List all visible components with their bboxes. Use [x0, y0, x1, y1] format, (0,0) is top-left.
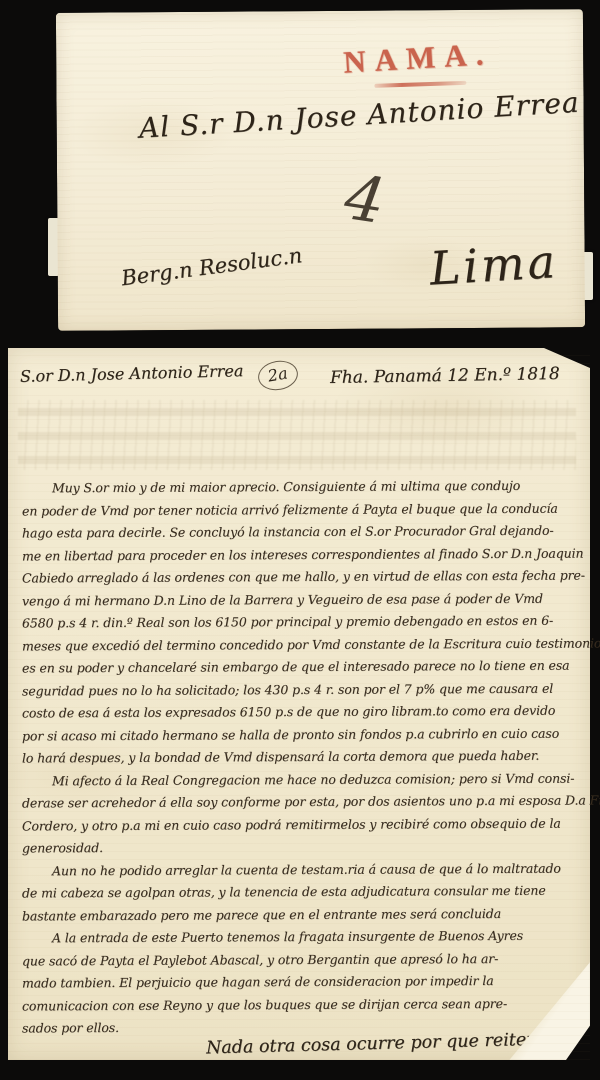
letter-line: que sacó de Payta el Paylebot Abascal, y… [22, 947, 582, 972]
panama-postmark: NAMA. [342, 36, 493, 81]
letter-line: Cordero, y otro p.a mi en cuio caso podr… [22, 812, 582, 837]
letter-line: A la entrada de este Puerto tenemos la f… [22, 925, 582, 950]
folded-cover: NAMA. Al S.r D.n Jose Antonio Errea 4 Be… [56, 9, 585, 331]
letter-photograph: S.or D.n Jose Antonio Errea 2a Fha. Pana… [0, 336, 600, 1080]
letter-addressee: S.or D.n Jose Antonio Errea [20, 361, 244, 386]
letter-line: meses que excedió del termino concedido … [22, 632, 582, 657]
letter-line: hago esta para decirle. Se concluyó la i… [22, 520, 582, 545]
letter-line: seguridad pues no lo ha solicitado; los … [22, 677, 582, 702]
letter-line: en poder de Vmd por tener noticia arrivó… [22, 497, 582, 522]
letter-line: comunicacion con ese Reyno y que los buq… [22, 992, 582, 1017]
destination-lima: Lima [428, 234, 559, 296]
letter-line: Muy S.or mio y de mi maior aprecio. Cons… [22, 475, 582, 500]
dateline: Fha. Panamá 12 En.º 1818 [330, 364, 560, 388]
letter-line: por si acaso mi citado hermano se halla … [22, 722, 582, 747]
ink-show-through [18, 400, 576, 470]
letter-line: Mi afecto á la Real Congregacion me hace… [22, 767, 582, 792]
letter-line: me en libertad para proceder en los inte… [22, 542, 582, 567]
rate-marking: 4 [340, 160, 390, 238]
cover-photograph: NAMA. Al S.r D.n Jose Antonio Errea 4 Be… [0, 0, 600, 336]
letter-line: costo de esa á esta los expresados 6150 … [22, 700, 582, 725]
letter-line: bastante embarazado pero me parece que e… [22, 902, 582, 927]
postmark-underline [374, 81, 466, 88]
ship-endorsement: Berg.n Resoluc.n [120, 243, 304, 290]
letter-body: Muy S.or mio y de mi maior aprecio. Cons… [22, 476, 582, 1039]
via-number-marking: 2a [256, 358, 300, 393]
letter-line: Cabiedo arreglado á las ordenes con que … [22, 565, 582, 590]
letter-line: lo hará despues, y la bondad de Vmd disp… [22, 745, 582, 770]
letter-line: mado tambien. El perjuicio que hagan ser… [22, 970, 582, 995]
letter-line: 6580 p.s 4 r. din.º Real son los 6150 po… [22, 610, 582, 635]
letter-line: es en su poder y chancelaré sin embargo … [22, 655, 582, 680]
letter-line: vengo á mi hermano D.n Lino de la Barrer… [22, 587, 582, 612]
letter-line: derase ser acrehedor á ella soy conforme… [22, 790, 582, 815]
letter-line: Aun no he podido arreglar la cuenta de t… [22, 857, 582, 882]
address-line: Al S.r D.n Jose Antonio Errea [138, 86, 580, 145]
letter-line: de mi cabeza se agolpan otras, y la tene… [22, 880, 582, 905]
letter-paper: S.or D.n Jose Antonio Errea 2a Fha. Pana… [8, 348, 590, 1060]
letter-line: generosidad. [22, 835, 582, 860]
